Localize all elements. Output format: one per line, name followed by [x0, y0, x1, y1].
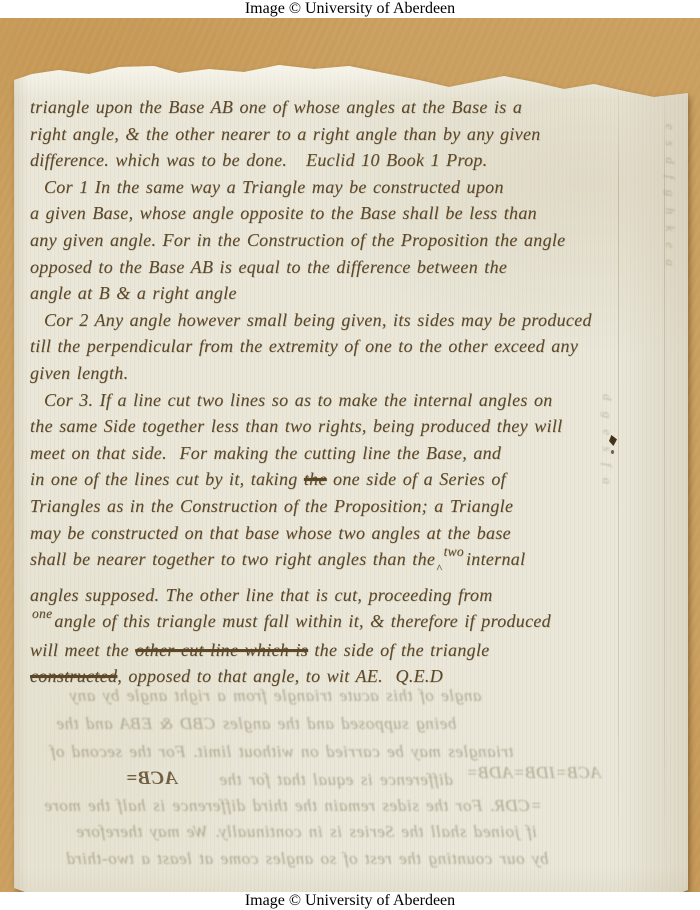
manuscript-line: given length.	[30, 360, 630, 387]
handwritten-text: the side of the triangle	[308, 640, 489, 660]
manuscript-line: Cor 2 Any angle however small being give…	[30, 307, 630, 334]
handwritten-text: Cor 1 In the same way a Triangle may be …	[44, 177, 504, 197]
bleedthrough-line: triangles may be carried on without limi…	[50, 742, 514, 762]
manuscript-line: angles supposed. The other line that is …	[30, 582, 630, 609]
handwritten-text: meet on that side. For making the cuttin…	[30, 443, 501, 463]
manuscript-line: the same Side together less than two rig…	[30, 413, 630, 440]
handwritten-text: given length.	[30, 363, 128, 383]
manuscript-line: oneangle of this triangle must fall with…	[30, 608, 630, 637]
copyright-banner-bottom: Image © University of Aberdeen	[0, 892, 700, 910]
handwritten-text: one side of a Series of	[327, 469, 506, 489]
handwritten-text: angle of this triangle must fall within …	[54, 611, 551, 631]
struck-text: the	[304, 469, 327, 489]
manuscript-line: Cor 1 In the same way a Triangle may be …	[30, 174, 630, 201]
paper-crease-right	[664, 68, 665, 896]
bleedthrough-line: ACB=	[126, 768, 177, 790]
ink-dot	[611, 450, 614, 454]
manuscript-line: till the perpendicular from the extremit…	[30, 333, 630, 360]
manuscript-line: difference. which was to be done. Euclid…	[30, 147, 630, 174]
handwritten-text: may be constructed on that base whose tw…	[30, 523, 511, 543]
manuscript-line: in one of the lines cut by it, taking th…	[30, 466, 630, 493]
manuscript-line: may be constructed on that base whose tw…	[30, 520, 630, 547]
manuscript-page-wrap: triangle upon the Base AB one of whose a…	[14, 54, 688, 896]
manuscript-line: a given Base, whose angle opposite to th…	[30, 200, 630, 227]
handwritten-text: angle at B & a right angle	[30, 283, 237, 303]
handwritten-text: internal	[466, 549, 525, 569]
handwritten-text: Cor 3. If a line cut two lines so as to …	[44, 390, 553, 410]
manuscript-text: triangle upon the Base AB one of whose a…	[30, 94, 630, 690]
handwritten-text: will meet the	[30, 640, 135, 660]
manuscript-line: Cor 3. If a line cut two lines so as to …	[30, 387, 630, 414]
struck-text: other cut line which is	[135, 640, 308, 660]
bleedthrough-line: ACB=IDB=ADB=	[466, 763, 601, 783]
handwritten-text: Triangles as in the Construction of the …	[30, 496, 513, 516]
manuscript-line: right angle, & the other nearer to a rig…	[30, 121, 630, 148]
manuscript-line: triangle upon the Base AB one of whose a…	[30, 94, 630, 121]
handwritten-text: triangle upon the Base AB one of whose a…	[30, 97, 522, 117]
manuscript-line: shall be nearer together to two right an…	[30, 546, 630, 582]
handwritten-text: in one of the lines cut by it, taking	[30, 469, 304, 489]
manuscript-line: meet on that side. For making the cuttin…	[30, 440, 630, 467]
copyright-banner-top: Image © University of Aberdeen	[0, 0, 700, 18]
manuscript-page: triangle upon the Base AB one of whose a…	[14, 54, 688, 896]
handwritten-text: , opposed to that angle, to wit AE. Q.E.…	[117, 666, 443, 686]
manuscript-line: Triangles as in the Construction of the …	[30, 493, 630, 520]
bleedthrough-line: difference is equal that for the	[219, 770, 453, 790]
bleedthrough-line: =CDR. For the sides remain the third dif…	[44, 796, 542, 816]
bleedthrough-line: if joined shall the Series is in continu…	[76, 822, 537, 842]
handwritten-text: a given Base, whose angle opposite to th…	[30, 203, 537, 223]
handwritten-text: Cor 2 Any angle however small being give…	[44, 310, 592, 330]
paper-crease-left	[618, 68, 619, 896]
struck-text: constructed	[30, 666, 117, 686]
bleedthrough-line: being supposed and the angles CBD & EBA …	[56, 714, 457, 734]
handwritten-text: opposed to the Base AB is equal to the d…	[30, 257, 507, 277]
manuscript-line: opposed to the Base AB is equal to the d…	[30, 254, 630, 281]
handwritten-text: right angle, & the other nearer to a rig…	[30, 124, 541, 144]
handwritten-text: any given angle. For in the Construction…	[30, 230, 565, 250]
inserted-word: two	[444, 539, 464, 566]
handwritten-text: angles supposed. The other line that is …	[30, 585, 493, 605]
manuscript-line: any given angle. For in the Construction…	[30, 227, 630, 254]
handwritten-text: difference. which was to be done. Euclid…	[30, 150, 488, 170]
handwritten-text: till the perpendicular from the extremit…	[30, 336, 578, 356]
copyright-text-bottom: Image © University of Aberdeen	[245, 892, 455, 909]
manuscript-line: angle at B & a right angle	[30, 280, 630, 307]
handwritten-text: ^	[436, 561, 441, 575]
copyright-text-top: Image © University of Aberdeen	[245, 0, 455, 17]
manuscript-line: will meet the other cut line which is th…	[30, 637, 630, 664]
bleedthrough-line: angle of this acute triangle from a righ…	[69, 686, 482, 706]
scan-mount-background: triangle upon the Base AB one of whose a…	[0, 18, 700, 892]
handwritten-text: shall be nearer together to two right an…	[30, 549, 435, 569]
inserted-word: one	[32, 601, 52, 628]
bleedthrough-line: by our counting the rest of so angles co…	[66, 849, 549, 869]
handwritten-text: the same Side together less than two rig…	[30, 416, 562, 436]
